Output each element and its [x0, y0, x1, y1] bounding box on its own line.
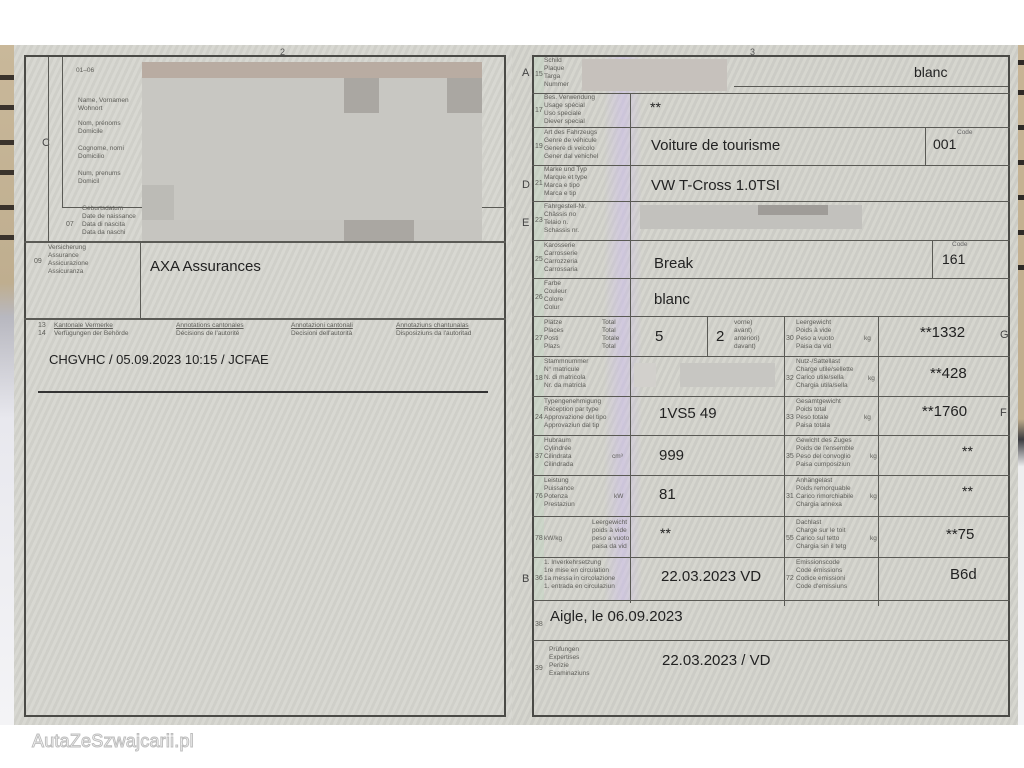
field-number: 30	[786, 335, 794, 342]
label-rm: Approvaziun dal tip	[544, 422, 599, 430]
unit-label: kg	[870, 493, 877, 501]
annotation-header-fr: Annotations cantonales	[176, 322, 244, 330]
label-fr: Places	[544, 327, 564, 335]
first-registration-value: 22.03.2023 VD	[661, 568, 761, 585]
label-it: Uso speciale	[544, 110, 581, 118]
label-insurance-fr: Assurance	[48, 252, 79, 260]
label-rm: Chargia sin il tetg	[796, 543, 846, 551]
body-code: 161	[942, 251, 965, 267]
front-label: davant)	[734, 343, 756, 351]
field-number: 31	[786, 493, 794, 500]
field-number: 18	[535, 375, 543, 382]
label-fr: Puissance	[544, 485, 574, 493]
total-label: Total	[602, 327, 616, 335]
type-approval-value: 1VS5 49	[659, 405, 717, 422]
label-fr: Poids remorquable	[796, 485, 851, 493]
label-rm: Diever special	[544, 118, 585, 126]
label-de: Nutz-/Sattellast	[796, 358, 840, 366]
label-rm: Chargia annexa	[796, 501, 842, 509]
label-rm: Plazs	[544, 343, 560, 351]
label-de: Schild	[544, 57, 562, 65]
label-it: Telaio n.	[544, 219, 568, 227]
label-rm: Nummer	[544, 81, 569, 89]
label-it: Peso totale	[796, 414, 829, 422]
field-number: 33	[786, 414, 794, 421]
special-use-value: **	[650, 99, 661, 115]
field-number-14: 14	[38, 330, 46, 337]
label-fr: Carrosserie	[544, 250, 578, 258]
field-number: 55	[786, 535, 794, 542]
label-residence-de: Wohnort	[78, 105, 102, 113]
power-value: 81	[659, 486, 676, 503]
unit-label: kW/kg	[544, 535, 562, 543]
label-fr: Usage spécial	[544, 102, 585, 110]
label-de: Leistung	[544, 477, 569, 485]
label-it: N. di matricola	[544, 374, 586, 382]
label-rm: 1. entrada en circulaziun	[544, 583, 615, 591]
label-rm: Cilindrada	[544, 461, 573, 469]
label-it: Targa	[544, 73, 560, 81]
label-it: Approvazione del tipo	[544, 414, 607, 422]
field-number: 35	[786, 453, 794, 460]
label-rm: paisa da vid	[592, 543, 627, 551]
label-fr: Châssis no	[544, 211, 576, 219]
label-rm: Marca e tip	[544, 190, 576, 198]
label-insurance-de: Versicherung	[48, 244, 86, 252]
annotation-header-rm: Annotaziuns chantunalas	[396, 322, 469, 330]
label-name-de: Name, Vornamen	[78, 97, 129, 105]
label-rm: Nr. da matricla	[544, 382, 586, 390]
code-label: Code	[957, 129, 973, 136]
label-rm: Paisa cumposiziun	[796, 461, 850, 469]
label-de: 1. Inverkehrsetzung	[544, 559, 601, 567]
seats-front-value: 2	[716, 328, 724, 345]
label-de: Gesamtgewicht	[796, 398, 841, 406]
vehicle-type-value: Voiture de tourisme	[651, 137, 780, 154]
annotation-sub-fr: Décisions de l'autorité	[176, 330, 239, 338]
label-it: 1a messa in circolazione	[544, 575, 615, 583]
payload-value: **428	[930, 365, 967, 382]
label-rm: Carrossaria	[544, 266, 578, 274]
inspections-value: 22.03.2023 / VD	[662, 652, 770, 669]
label-de: Prüfungen	[549, 646, 579, 654]
label-insurance-rm: Assicuranza	[48, 268, 83, 276]
field-number-07: 07	[66, 221, 74, 228]
label-name-rm: Num, prenums	[78, 170, 121, 178]
annotation-header-it: Annotazioni cantonali	[291, 322, 353, 330]
total-weight-value: **1760	[922, 403, 967, 420]
annotation-sub-de: Verfügungen der Behörde	[54, 330, 128, 338]
label-fr: Poids à vide	[796, 327, 831, 335]
code-label: Code	[952, 241, 968, 248]
unit-label: kg	[864, 414, 871, 422]
label-de: Bes. Verwendung	[544, 94, 595, 102]
label-de: Hubraum	[544, 437, 571, 445]
vehicle-type-code: 001	[933, 136, 956, 152]
total-label: Total	[602, 343, 616, 351]
front-label: vorne)	[734, 319, 752, 327]
field-number: 26	[535, 294, 543, 301]
seats-total-value: 5	[655, 328, 663, 345]
unit-label: kg	[870, 535, 877, 543]
field-number: 32	[786, 375, 794, 382]
label-it: Carico rimorchiabile	[796, 493, 853, 501]
emission-code-value: B6d	[950, 566, 977, 583]
label-de: Plätze	[544, 319, 562, 327]
label-rm: Code d'emissiuns	[796, 583, 847, 591]
curb-weight-value: **1332	[920, 324, 965, 341]
label-it: Perizie	[549, 662, 569, 670]
label-it: Peso a vuoto	[796, 335, 834, 343]
field-number: 15	[535, 71, 543, 78]
field-number: 21	[535, 180, 543, 187]
label-rm: Chargia utila/sella	[796, 382, 848, 390]
field-number: 38	[535, 621, 543, 628]
annotation-header-de: Kantonale Vermerke	[54, 322, 113, 330]
field-number: 78	[535, 535, 543, 542]
label-fr: Poids de l'ensemble	[796, 445, 854, 453]
label-it: peso a vuoto	[592, 535, 629, 543]
label-residence-fr: Domicile	[78, 128, 103, 136]
annotation-sub-rm: Disposiziuns da l'autoritad	[396, 330, 471, 338]
label-fr: 1re mise en circulation	[544, 567, 609, 575]
label-de: Gewicht des Zuges	[796, 437, 852, 445]
label-rm: Schassis nr.	[544, 227, 579, 235]
side-letter-b: B	[522, 573, 529, 585]
label-it: Posti	[544, 335, 558, 343]
label-it: Genere di veicolo	[544, 145, 595, 153]
label-fr: poids à vide	[592, 527, 627, 535]
label-fr: Genre de véhicule	[544, 137, 597, 145]
label-de: Stammnummer	[544, 358, 588, 366]
label-rm: Examinaziuns	[549, 670, 589, 678]
roof-load-value: **75	[946, 526, 974, 543]
label-de: Anhängelast	[796, 477, 832, 485]
field-number: 39	[535, 665, 543, 672]
label-name-it: Cognome, nomi	[78, 145, 124, 153]
watermark-text: AutaZeSzwajcarii.pl	[32, 731, 194, 752]
label-it: Peso del convoglio	[796, 453, 851, 461]
side-letter-f: F	[1000, 407, 1007, 419]
label-it: Cilindrata	[544, 453, 571, 461]
front-label: avant)	[734, 327, 752, 335]
field-number: 24	[535, 414, 543, 421]
side-letter-d: D	[522, 179, 530, 191]
body-value: Break	[654, 255, 693, 272]
label-birth-fr: Date de naissance	[82, 213, 136, 221]
label-rm: Prestaziun	[544, 501, 575, 509]
displacement-value: 999	[659, 447, 684, 464]
label-it: Carrozzeria	[544, 258, 578, 266]
label-de: Typengenehmigung	[544, 398, 601, 406]
label-residence-it: Domicilio	[78, 153, 104, 161]
power-to-weight-value: **	[660, 525, 671, 541]
label-birth-rm: Data da naschi	[82, 229, 125, 237]
issue-place-date-value: Aigle, le 06.09.2023	[550, 608, 683, 625]
field-number: 19	[535, 143, 543, 150]
label-fr: Poids total	[796, 406, 826, 414]
label-fr: Plaque	[544, 65, 564, 73]
trailer-load-value: **	[962, 483, 973, 499]
unit-label: kg	[870, 453, 877, 461]
unit-label: kg	[864, 335, 871, 343]
label-fr: Charge utile/sellette	[796, 366, 853, 374]
unit-label: cm³	[612, 453, 623, 461]
field-number-13: 13	[38, 322, 46, 329]
field-number: 37	[535, 453, 543, 460]
label-de: Emissionscode	[796, 559, 840, 567]
label-fr: Couleur	[544, 288, 567, 296]
field-number: 27	[535, 335, 543, 342]
label-de: Fahrgestell-Nr.	[544, 203, 587, 211]
total-label: Total	[602, 319, 616, 327]
label-name-fr: Nom, prénoms	[78, 120, 121, 128]
label-fr: Cylindrée	[544, 445, 571, 453]
field-number-09: 09	[34, 258, 42, 265]
unit-label: kW	[614, 493, 623, 501]
annotation-sub-it: Decisioni dell'autorità	[291, 330, 352, 338]
label-de: Farbe	[544, 280, 561, 288]
holder-id-label: 01–06	[76, 67, 94, 75]
color-value: blanc	[654, 291, 690, 308]
field-number: 72	[786, 575, 794, 582]
label-de: Art des Fahrzeugs	[544, 129, 597, 137]
label-rm: Paisa da vid	[796, 343, 831, 351]
label-de: Marke und Typ	[544, 166, 587, 174]
train-weight-value: **	[962, 443, 973, 459]
label-birth-it: Data di nascita	[82, 221, 125, 229]
label-de: Karosserie	[544, 242, 575, 250]
label-it: Potenza	[544, 493, 568, 501]
insurance-value: AXA Assurances	[150, 258, 261, 275]
make-model-value: VW T-Cross 1.0TSI	[651, 177, 780, 194]
label-rm: Colur	[544, 304, 560, 312]
label-it: Codice emissioni	[796, 575, 845, 583]
label-birth-de: Geburtsdatum	[82, 205, 123, 213]
unit-label: kg	[868, 375, 875, 383]
field-number: 25	[535, 256, 543, 263]
side-letter-e: E	[522, 217, 529, 229]
field-number: 23	[535, 217, 543, 224]
label-fr: Réception par type	[544, 406, 599, 414]
label-fr: Marque et type	[544, 174, 587, 182]
label-fr: N° matricule	[544, 366, 579, 374]
registration-left-page: 2 C 01–06 Name, Vornamen Wohnort Nom, pr…	[14, 45, 514, 725]
label-fr: Expertises	[549, 654, 579, 662]
label-it: Carico sul tetto	[796, 535, 839, 543]
label-de: Dachlast	[796, 519, 821, 527]
field-number: 17	[535, 107, 543, 114]
side-letter-a: A	[522, 67, 529, 79]
front-label: anteriori)	[734, 335, 760, 343]
annotation-entry: CHGVHC / 05.09.2023 10:15 / JCFAE	[49, 352, 269, 367]
registration-right-page: 3 A D E B G F 15 Schild Plaque Targa Num…	[512, 45, 1018, 725]
label-rm: Paisa totala	[796, 422, 830, 430]
total-label: Totale	[602, 335, 619, 343]
label-de: Leergewicht	[592, 519, 627, 527]
label-rm: Gener dal vehichel	[544, 153, 598, 161]
plate-extra-value: blanc	[914, 64, 947, 80]
field-number: 36	[535, 575, 543, 582]
side-letter-g: G	[1000, 329, 1009, 341]
label-fr: Code émissions	[796, 567, 842, 575]
label-de: Leergewicht	[796, 319, 831, 327]
label-residence-rm: Domicil	[78, 178, 99, 186]
label-it: Marca e tipo	[544, 182, 580, 190]
field-number: 76	[535, 493, 543, 500]
label-it: Colore	[544, 296, 563, 304]
label-fr: Charge sur le toit	[796, 527, 846, 535]
label-it: Carico utile/sella	[796, 374, 844, 382]
label-insurance-it: Assicurazione	[48, 260, 88, 268]
